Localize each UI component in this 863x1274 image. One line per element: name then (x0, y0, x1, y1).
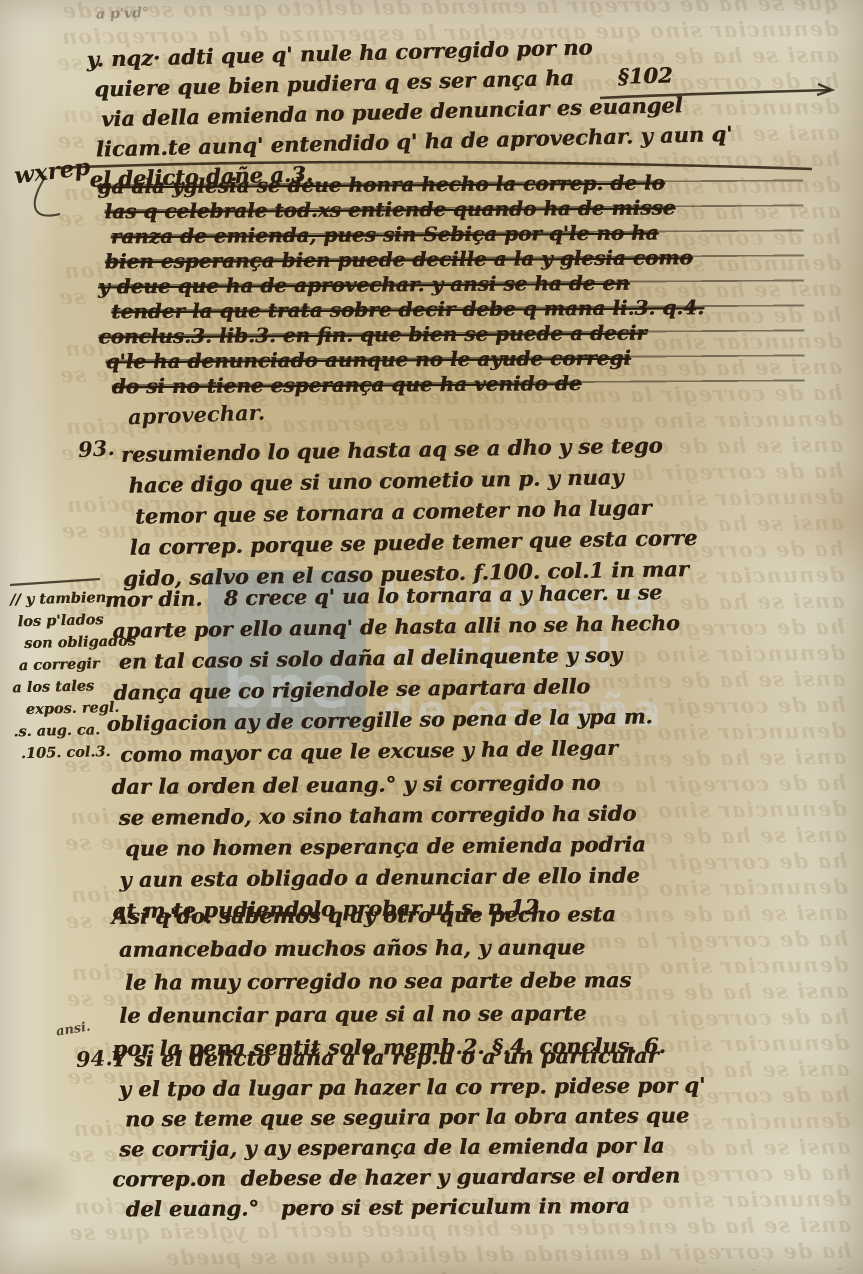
manuscript-line: y el tpo da lugar pa hazer la co rrep. p… (119, 1070, 818, 1105)
manuscript-line: tender la que trata sobre decir debe q m… (111, 295, 804, 325)
manuscript-line: Asi q'do. sabemos q ay otro que pecho es… (112, 896, 812, 933)
manuscript-line: amancebado muchos años ha, y aunque (119, 929, 812, 966)
manuscript-line: del euang.° pero si est periculum in mor… (125, 1190, 818, 1225)
section-94-label: 94. (75, 1045, 113, 1072)
margin-dash-stroke (10, 579, 100, 585)
manuscript-page: que se ha de corregir la emienda del del… (0, 0, 863, 1274)
section-94-paragraph: Y si el delicto daña a la rep.u o a un p… (111, 1040, 818, 1225)
manuscript-line: se corrija, y ay esperança de la emienda… (119, 1130, 818, 1165)
manuscript-line: Y si el delicto daña a la rep.u o a un p… (111, 1040, 817, 1075)
section-93-label: 93. (77, 435, 115, 462)
struck-paragraph: ga ala yglesia se deue honra hecho la co… (97, 170, 805, 400)
margin-gloss-correp: wxrep (13, 153, 92, 189)
manuscript-line: do si no tiene esperança que ha venido d… (112, 370, 805, 400)
section-93-paragraph: resumiendo lo que hasta aq se a dho y se… (121, 427, 800, 594)
manuscript-line: le denunciar para que si al no se aparte (119, 995, 812, 1032)
top-faded-note: a p'vd° (96, 5, 149, 23)
manuscript-line: le ha muy corregido no sea parte debe ma… (125, 962, 812, 999)
struck-paragraph-closing: aprovechar. (128, 400, 266, 430)
manuscript-line: correp.on debese de hazer y guardarse el… (112, 1160, 818, 1195)
continuation-paragraph-a: mor din. 8 crece q' ua lo tornara a y ha… (105, 575, 814, 771)
manuscript-line: no se teme que se seguira por la obra an… (125, 1100, 818, 1135)
ansi-margin-note: ansi. (55, 1019, 92, 1039)
reference-arrow-head (817, 84, 832, 95)
